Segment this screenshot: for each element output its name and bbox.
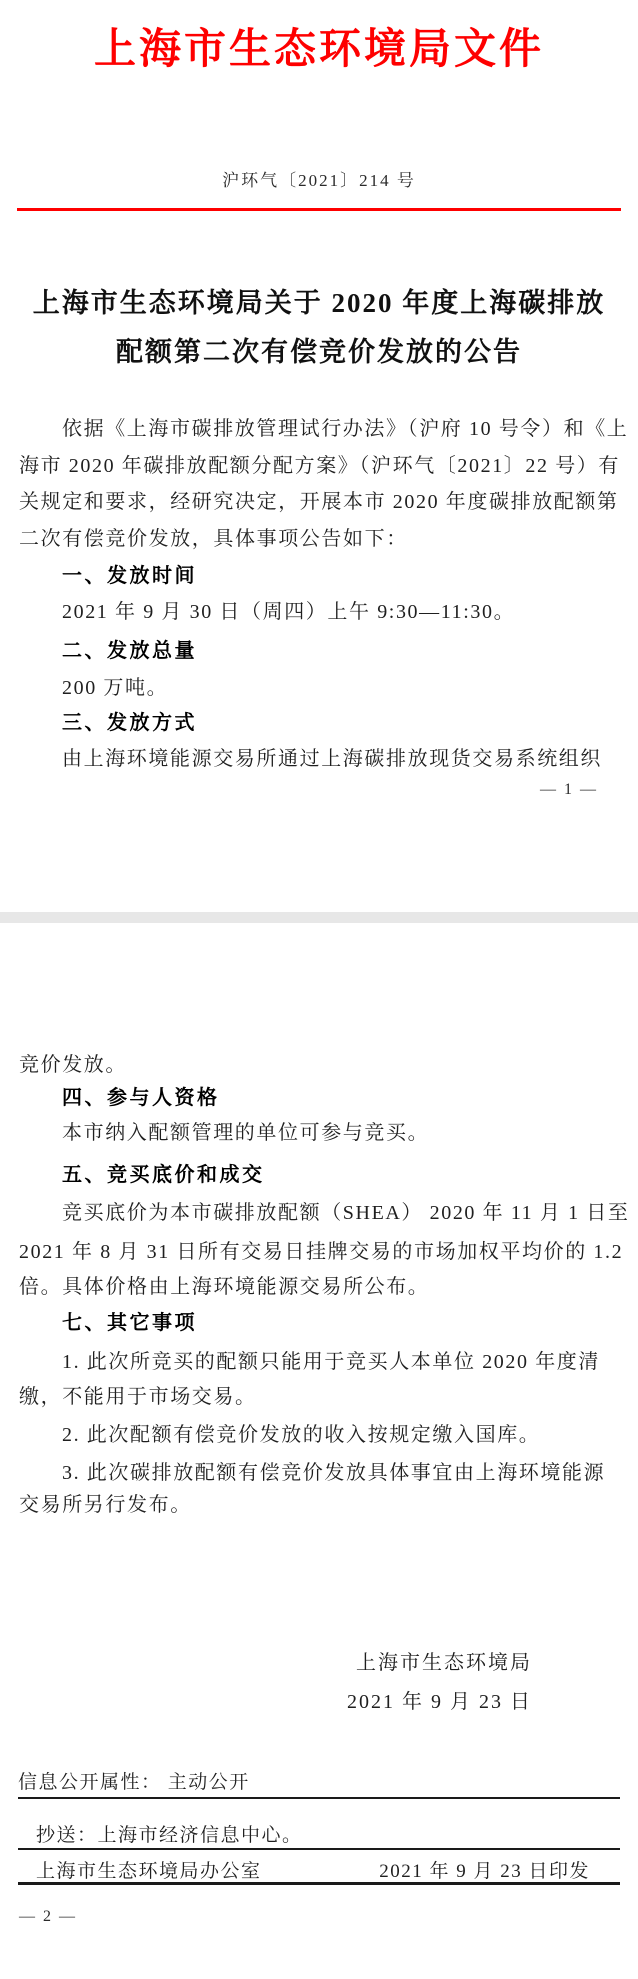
- footer-print-date: 2021 年 9 月 23 日印发: [379, 1856, 590, 1883]
- section-heading-1: 一、发放时间: [62, 563, 197, 589]
- doc-title-line-2: 配额第二次有偿竞价发放的公告: [0, 330, 638, 369]
- body-line: 竞买底价为本市碳排放配额（SHEA） 2020 年 11 月 1 日至: [62, 1200, 629, 1226]
- body-line: 二次有偿竞价发放，具体事项公告如下：: [19, 526, 408, 552]
- doc-title-line-1: 上海市生态环境局关于 2020 年度上海碳排放: [0, 281, 638, 320]
- page-1: 上海市生态环境局文件 沪环气〔2021〕214 号 上海市生态环境局关于 202…: [0, 0, 638, 912]
- section-heading-5: 五、竞买底价和成交: [62, 1162, 265, 1188]
- section-heading-3: 三、发放方式: [62, 710, 197, 736]
- section-heading-7: 七、其它事项: [62, 1310, 197, 1336]
- section-heading-4: 四、参与人资格: [62, 1085, 220, 1111]
- signature-date: 2021 年 9 月 23 日: [347, 1685, 532, 1714]
- body-line: 3. 此次碳排放配额有偿竞价发放具体事宜由上海环境能源: [62, 1460, 605, 1486]
- body-line: 倍。具体价格由上海环境能源交易所公布。: [19, 1274, 429, 1300]
- footer-rule-3: [18, 1882, 620, 1885]
- page-number-1: — 1 —: [540, 781, 598, 799]
- document-viewer: 上海市生态环境局文件 沪环气〔2021〕214 号 上海市生态环境局关于 202…: [0, 0, 638, 1979]
- red-divider-line: [17, 208, 621, 211]
- body-line: 海市 2020 年碳排放配额分配方案》（沪环气〔2021〕22 号）有: [19, 453, 620, 479]
- page-number-2: — 2 —: [19, 1908, 77, 1926]
- footer-office: 上海市生态环境局办公室: [36, 1856, 262, 1883]
- body-line: 关规定和要求，经研究决定，开展本市 2020 年度碳排放配额第: [19, 489, 619, 515]
- body-line: 2021 年 9 月 30 日（周四）上午 9:30—11:30。: [62, 599, 515, 625]
- body-line: 2. 此次配额有偿竞价发放的收入按规定缴入国库。: [62, 1422, 540, 1448]
- body-line: 交易所另行发布。: [19, 1492, 192, 1518]
- body-line: 依据《上海市碳排放管理试行办法》（沪府 10 号令）和《上: [62, 416, 628, 442]
- body-line: 竞价发放。: [19, 1052, 127, 1078]
- page-2: 竞价发放。 四、参与人资格 本市纳入配额管理的单位可参与竞买。 五、竞买底价和成…: [0, 923, 638, 1979]
- footer-rule-2: [18, 1848, 620, 1850]
- body-line: 1. 此次所竞买的配额只能用于竞买人本单位 2020 年度清: [62, 1349, 600, 1375]
- section-heading-2: 二、发放总量: [62, 638, 197, 664]
- signature-org: 上海市生态环境局: [356, 1646, 532, 1675]
- doc-number: 沪环气〔2021〕214 号: [0, 166, 638, 191]
- footer-cc: 抄送：上海市经济信息中心。: [36, 1820, 303, 1847]
- body-line: 缴，不能用于市场交易。: [19, 1384, 257, 1410]
- footer-rule-1: [18, 1797, 620, 1799]
- body-line: 2021 年 8 月 31 日所有交易日挂牌交易的市场加权平均价的 1.2: [19, 1239, 623, 1265]
- footer-disclosure: 信息公开属性： 主动公开: [18, 1767, 250, 1794]
- body-line: 200 万吨。: [62, 675, 168, 701]
- page-separator: [0, 912, 638, 923]
- body-line: 本市纳入配额管理的单位可参与竞买。: [62, 1120, 429, 1146]
- body-line: 由上海环境能源交易所通过上海碳排放现货交易系统组织: [62, 746, 602, 772]
- org-header-title: 上海市生态环境局文件: [0, 16, 638, 76]
